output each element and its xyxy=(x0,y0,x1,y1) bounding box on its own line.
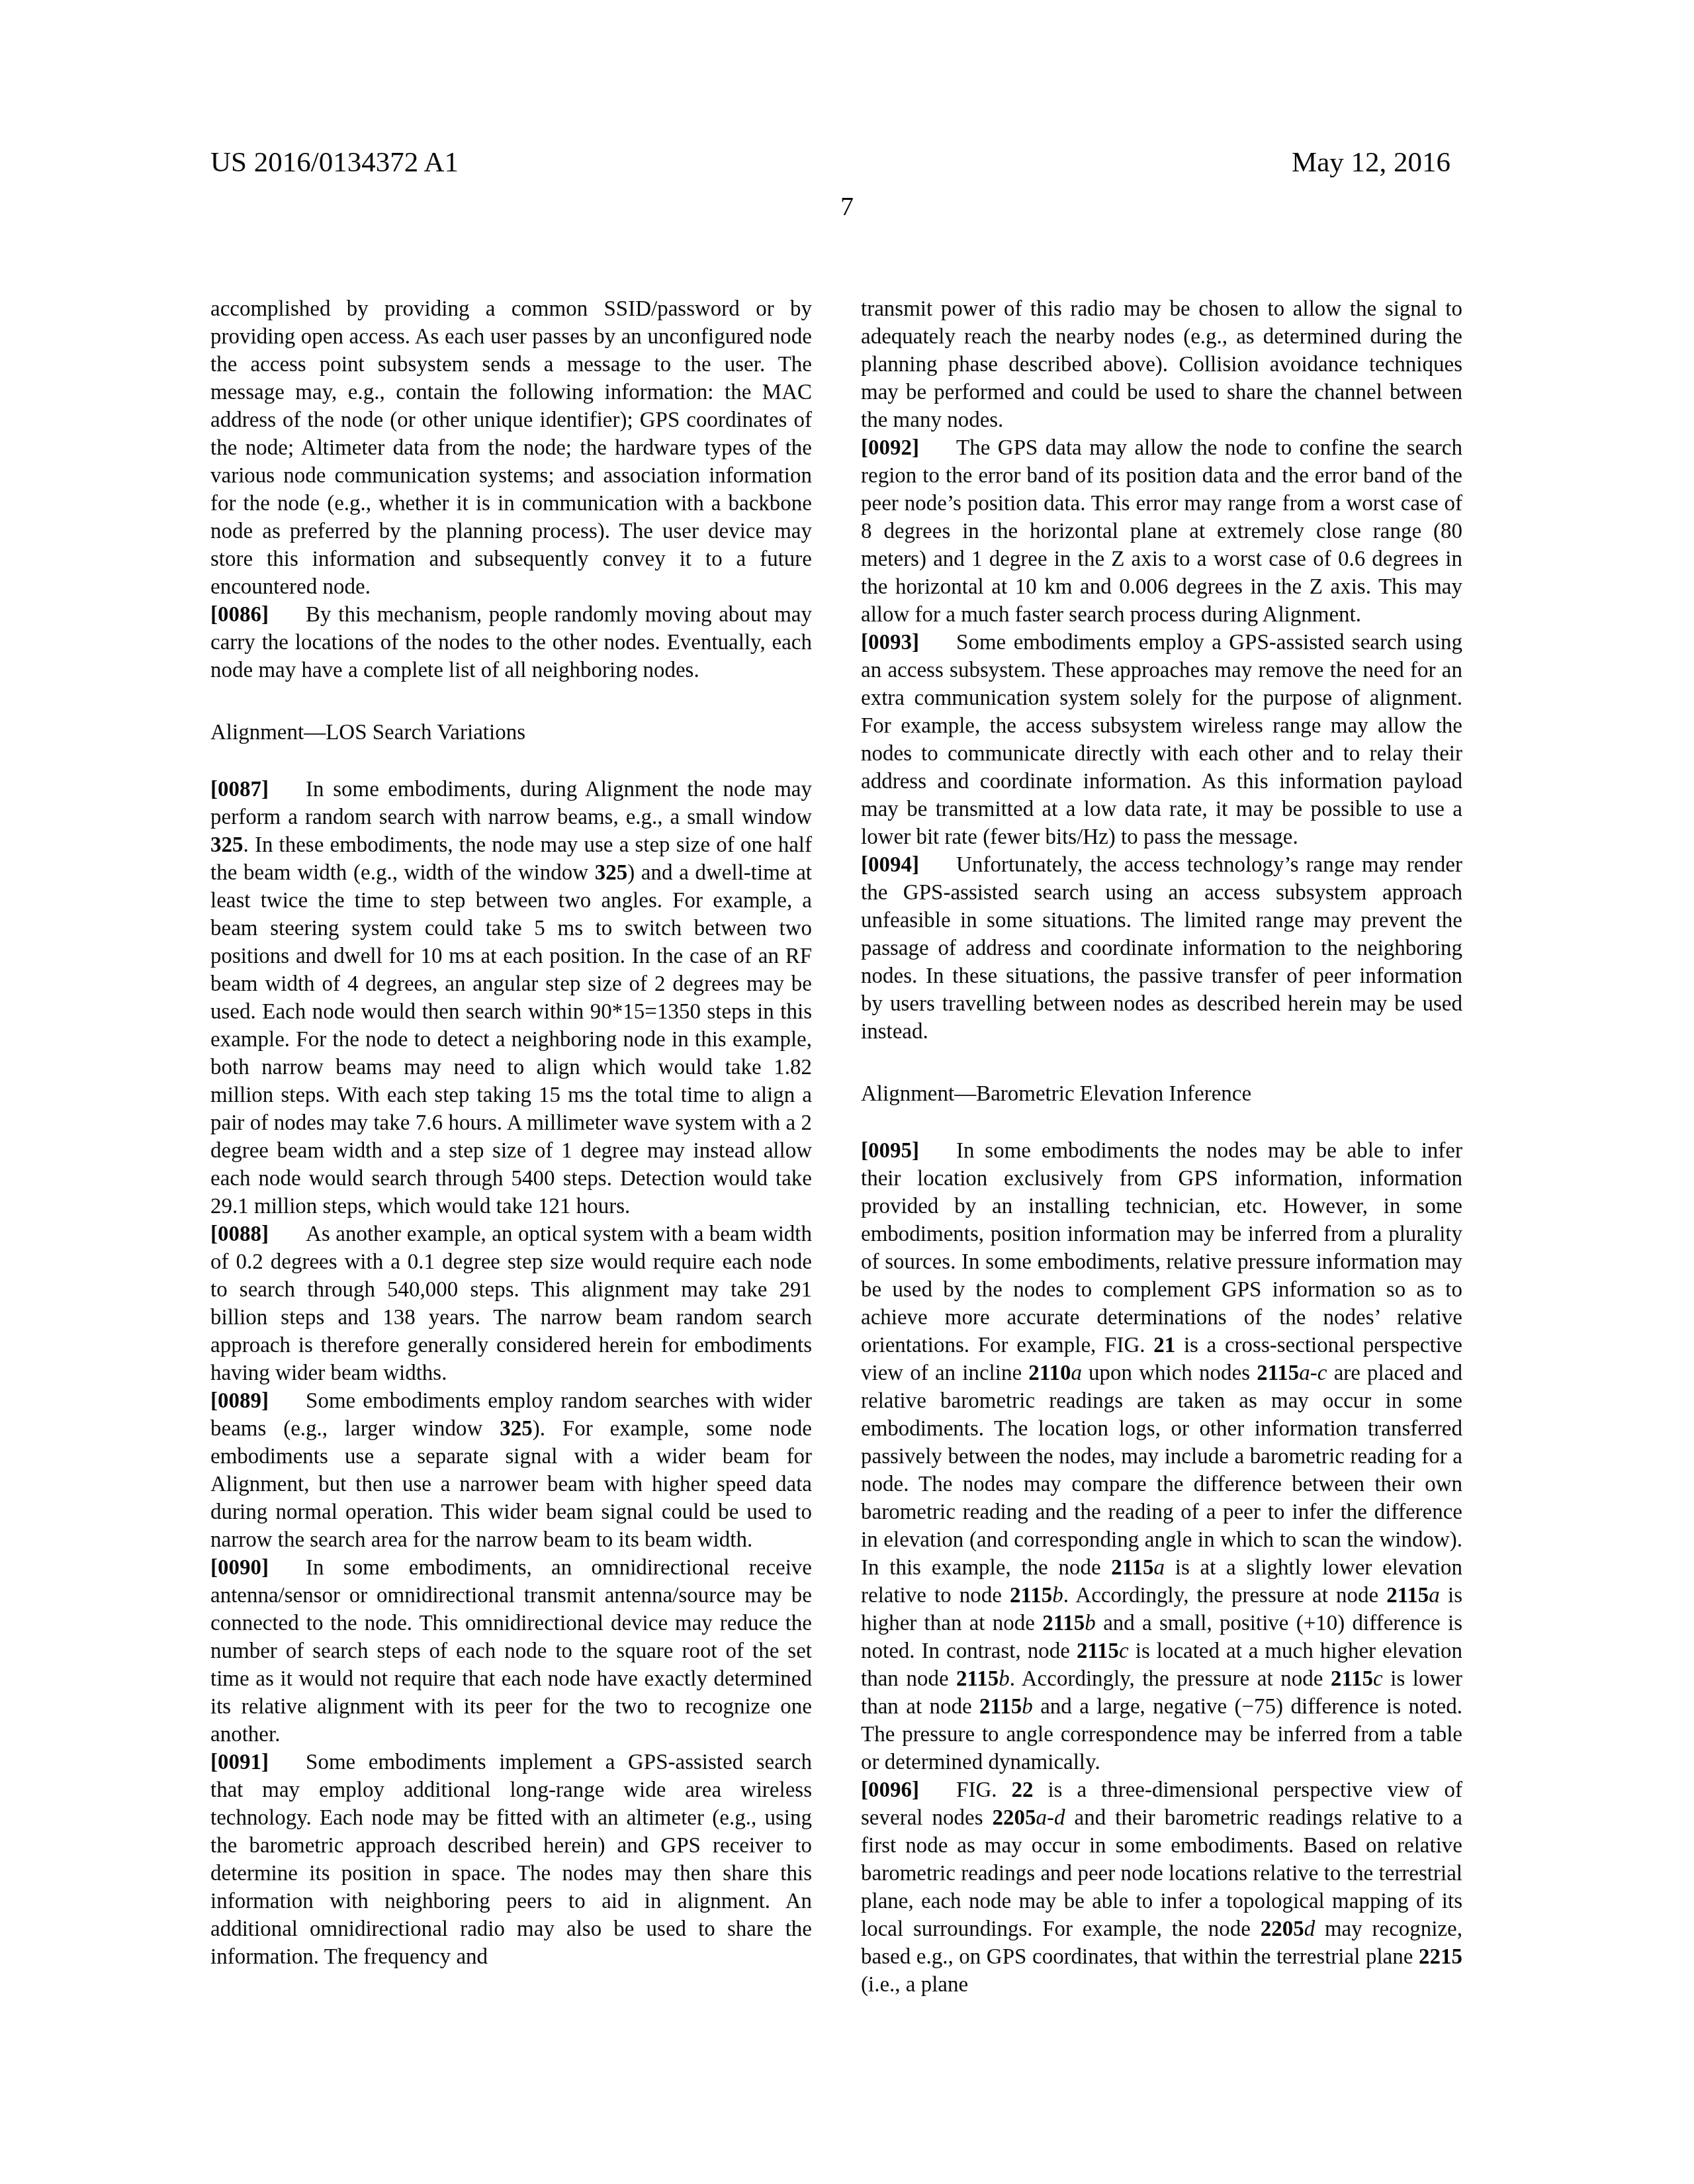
column-right: transmit power of this radio may be chos… xyxy=(861,295,1462,1999)
reference-suffix: b xyxy=(1085,1612,1096,1635)
paragraph: [0091]Some embodiments implement a GPS-a… xyxy=(210,1749,812,1971)
reference-numeral: 2115 xyxy=(1257,1361,1299,1385)
paragraph-number: [0091] xyxy=(210,1751,306,1774)
paragraph: [0092]The GPS data may allow the node to… xyxy=(861,434,1462,629)
reference-numeral: 21 xyxy=(1153,1334,1175,1357)
text-run: In some embodiments, an omnidirectional … xyxy=(210,1556,812,1747)
text-run: . Accordingly, the pressure at node xyxy=(1010,1667,1331,1691)
paragraph: accomplished by providing a common SSID/… xyxy=(210,295,812,601)
reference-numeral: 2205 xyxy=(993,1806,1036,1830)
paragraph-number: [0096] xyxy=(861,1778,956,1802)
publication-date: May 12, 2016 xyxy=(1292,147,1450,178)
reference-numeral: 2115 xyxy=(979,1695,1022,1719)
text-run: Some embodiments implement a GPS-assiste… xyxy=(210,1751,812,1969)
text-run: Some embodiments employ a GPS-assisted s… xyxy=(861,631,1462,849)
reference-numeral: 2115 xyxy=(956,1667,999,1691)
paragraph: [0095]In some embodiments the nodes may … xyxy=(861,1137,1462,1776)
reference-numeral: 325 xyxy=(500,1417,533,1441)
text-run: accomplished by providing a common SSID/… xyxy=(210,297,812,599)
reference-numeral: 2115 xyxy=(1111,1556,1153,1580)
paragraph: [0088]As another example, an optical sys… xyxy=(210,1220,812,1387)
text-run: ) and a dwell-time at least twice the ti… xyxy=(210,861,812,1218)
reference-suffix: c xyxy=(1373,1667,1383,1691)
paragraph: [0096]FIG. 22 is a three-dimensional per… xyxy=(861,1776,1462,1999)
paragraph: [0086]By this mechanism, people randomly… xyxy=(210,601,812,684)
section-heading: Alignment—LOS Search Variations xyxy=(210,719,812,747)
reference-suffix: a xyxy=(1154,1556,1165,1580)
text-run: The GPS data may allow the node to confi… xyxy=(861,436,1462,627)
reference-suffix: a-d xyxy=(1036,1806,1065,1830)
reference-numeral: 2205 xyxy=(1261,1917,1304,1941)
reference-numeral: 325 xyxy=(595,861,628,885)
paragraph: [0089]Some embodiments employ random sea… xyxy=(210,1387,812,1554)
reference-suffix: b xyxy=(999,1667,1010,1691)
page-header: US 2016/0134372 A1 May 12, 2016 xyxy=(210,147,1450,178)
reference-numeral: 2115 xyxy=(1042,1612,1085,1635)
patent-publication-number: US 2016/0134372 A1 xyxy=(210,147,459,178)
paragraph-number: [0090] xyxy=(210,1556,306,1580)
reference-suffix: b xyxy=(1022,1695,1033,1719)
text-run: upon which nodes xyxy=(1082,1361,1257,1385)
paragraph-number: [0088] xyxy=(210,1222,306,1246)
text-run: . Accordingly, the pressure at node xyxy=(1063,1584,1386,1608)
reference-numeral: 2115 xyxy=(1010,1584,1052,1608)
paragraph-number: [0093] xyxy=(861,631,956,655)
paragraph: [0094]Unfortunately, the access technolo… xyxy=(861,851,1462,1046)
paragraph-number: [0087] xyxy=(210,778,306,801)
paragraph: [0090]In some embodiments, an omnidirect… xyxy=(210,1554,812,1749)
text-run: FIG. xyxy=(956,1778,1011,1802)
reference-suffix: a-c xyxy=(1299,1361,1327,1385)
paragraph-number: [0094] xyxy=(861,853,956,877)
paragraph: transmit power of this radio may be chos… xyxy=(861,295,1462,434)
reference-suffix: a xyxy=(1071,1361,1082,1385)
text-run: (i.e., a plane xyxy=(861,1973,968,1997)
reference-numeral: 2110 xyxy=(1028,1361,1071,1385)
patent-page: US 2016/0134372 A1 May 12, 2016 7 accomp… xyxy=(0,0,1694,2184)
section-heading: Alignment—Barometric Elevation Inference xyxy=(861,1080,1462,1108)
paragraph-number: [0095] xyxy=(861,1139,956,1163)
reference-suffix: d xyxy=(1304,1917,1315,1941)
paragraph-number: [0086] xyxy=(210,603,306,627)
page-number: 7 xyxy=(0,191,1694,222)
column-left: accomplished by providing a common SSID/… xyxy=(210,295,812,1999)
reference-numeral: 325 xyxy=(210,833,244,857)
text-run: are placed and relative barometric readi… xyxy=(861,1361,1462,1580)
text-run: Unfortunately, the access technology’s r… xyxy=(861,853,1462,1044)
reference-numeral: 2215 xyxy=(1419,1945,1462,1969)
paragraph: [0093]Some embodiments employ a GPS-assi… xyxy=(861,629,1462,851)
reference-suffix: a xyxy=(1429,1584,1440,1608)
reference-numeral: 2115 xyxy=(1331,1667,1373,1691)
text-run: As another example, an optical system wi… xyxy=(210,1222,812,1385)
text-run: In some embodiments the nodes may be abl… xyxy=(861,1139,1462,1357)
reference-suffix: c xyxy=(1119,1639,1129,1663)
reference-numeral: 2115 xyxy=(1077,1639,1119,1663)
text-columns: accomplished by providing a common SSID/… xyxy=(210,295,1462,1999)
text-run: transmit power of this radio may be chos… xyxy=(861,297,1462,432)
reference-suffix: b xyxy=(1052,1584,1063,1608)
reference-numeral: 22 xyxy=(1011,1778,1033,1802)
paragraph: [0087]In some embodiments, during Alignm… xyxy=(210,776,812,1220)
paragraph-number: [0092] xyxy=(861,436,956,460)
reference-numeral: 2115 xyxy=(1386,1584,1429,1608)
paragraph-number: [0089] xyxy=(210,1389,306,1413)
